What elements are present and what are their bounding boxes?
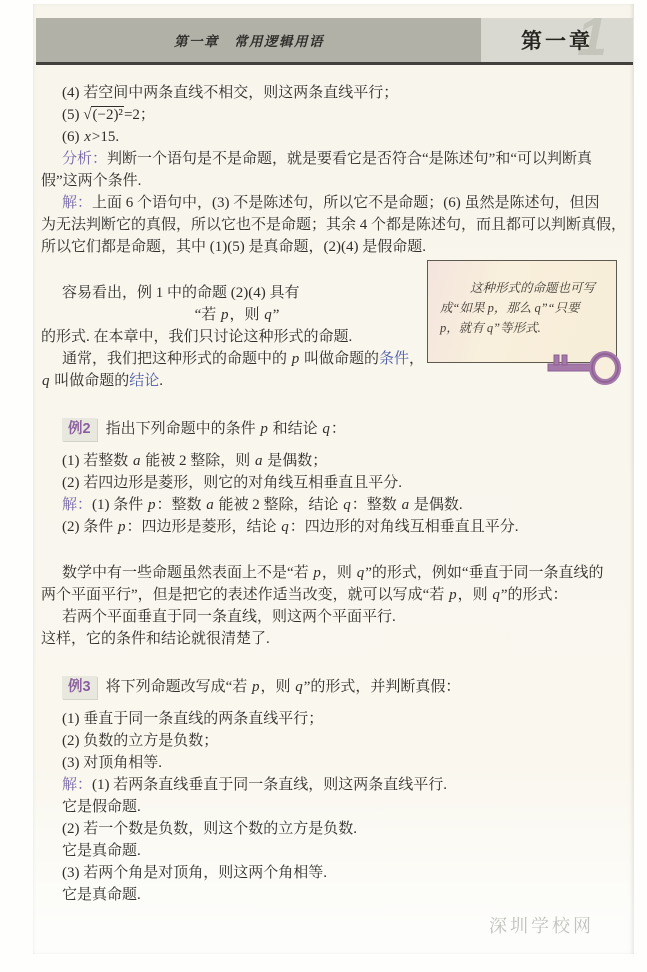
text-segment: 为无法判断它的真假，所以它也不是命题；其余 4 个都是陈述句，而且都可以判断真假…	[41, 217, 626, 233]
text-segment: ”的形式：	[501, 587, 568, 603]
text-segment: ，	[409, 351, 424, 367]
sqrt-expression: √(−2)²	[83, 106, 124, 123]
text-segment: ：整数	[352, 497, 401, 513]
math-var: p	[312, 565, 322, 581]
text-line: 它是真命题.	[41, 884, 629, 906]
text-line: 分析：判断一个语句是不是命题，就是要看它是否符合“是陈述句”和“可以判断真	[41, 148, 629, 170]
text-line: 为无法判断它的真假，所以它也不是命题；其余 4 个都是陈述句，而且都可以判断真假…	[41, 214, 629, 236]
chapter-header-band: 第一章 常用逻辑用语 1 第一章	[36, 18, 633, 65]
text-line: (5) √(−2)²=2；	[41, 104, 629, 126]
text-line: 这样，它的条件和结论就很清楚了.	[41, 628, 629, 650]
text-segment: 它是假命题.	[62, 799, 141, 815]
text-line: (6) x>15.	[41, 126, 629, 148]
text-segment: 这样，它的条件和结论就很清楚了.	[41, 631, 270, 647]
text-segment: (2) 条件	[62, 519, 117, 535]
text-line: (2) 负数的立方是负数；	[41, 730, 629, 752]
text-line: (1) 垂直于同一条直线的两条直线平行；	[41, 708, 629, 730]
math-var: q	[356, 565, 366, 581]
text-segment: (4) 若空间中两条直线不相交，则这两条直线平行；	[62, 85, 398, 101]
text-line: 所以它们都是命题，其中 (1)(5) 是真命题，(2)(4) 是假命题.	[41, 236, 629, 258]
math-var: p	[259, 421, 269, 437]
text-segment: .	[159, 373, 163, 389]
text-segment: 上面 6 个语句中，(3) 不是陈述句，所以它不是命题；(6) 虽然是陈述句，但…	[92, 195, 599, 211]
text-segment: ，则	[322, 565, 356, 581]
text-segment: (1) 条件	[92, 497, 147, 513]
text-segment: 数学中有一些命题虽然表面上不是“若	[62, 565, 312, 581]
text-line: 容易看出，例 1 中的命题 (2)(4) 具有	[41, 282, 433, 304]
note-line: 这种形式的命题也可写	[440, 278, 606, 298]
text-line: 假”这两个条件.	[41, 170, 629, 192]
text-segment: ：四边形是菱形，结论	[127, 519, 281, 535]
math-var: p	[117, 519, 127, 535]
text-line: (4) 若空间中两条直线不相交，则这两条直线平行；	[41, 82, 629, 104]
text-line: q 叫做命题的结论.	[41, 370, 433, 392]
accent-text: 解：	[62, 777, 92, 793]
note-text: 这种形式的命题也可写成“如果 p，那么 q”“只要p，就有 q”等形式.	[440, 278, 606, 338]
text-segment: ：整数	[157, 497, 206, 513]
accent-text: 解：	[62, 195, 92, 211]
block-rewrite: 数学中有一些命题虽然表面上不是“若 p，则 q”的形式，例如“垂直于同一条直线的…	[41, 562, 629, 650]
text-segment: 容易看出，例 1 中的命题 (2)(4) 具有	[62, 285, 299, 301]
math-var: q	[491, 587, 501, 603]
text-segment: 能被 2 整除，结论	[215, 497, 343, 513]
header-chapter-label: 第一章	[521, 25, 593, 55]
text-segment: 若两个平面垂直于同一条直线，则这两个平面平行.	[62, 609, 396, 625]
text-line: 解：上面 6 个语句中，(3) 不是陈述句，所以它不是命题；(6) 虽然是陈述句…	[41, 192, 629, 214]
math-var: p	[448, 587, 458, 603]
text-segment: (6)	[62, 129, 83, 145]
margin-note-box: 这种形式的命题也可写成“如果 p，那么 q”“只要p，就有 q”等形式.	[427, 260, 617, 363]
text-segment: 指出下列命题中的条件	[106, 421, 260, 437]
radicand: (−2)²	[91, 106, 123, 123]
text-segment: (1) 若两条直线垂直于同一条直线，则这两条直线平行.	[92, 777, 447, 793]
key-icon	[546, 344, 622, 388]
note-line: 成“如果 p，那么 q”“只要	[440, 298, 606, 318]
text-line: 的形式. 在本章中，我们只讨论这种形式的命题.	[41, 326, 433, 348]
text-line: (2) 若四边形是菱形，则它的对角线互相垂直且平分.	[41, 472, 629, 494]
term-text: 条件	[379, 351, 409, 367]
text-line: 两个平面平行”，但是把它的表述作适当改变，就可以写成“若 p，则 q”的形式：	[41, 584, 629, 606]
text-segment: 将下列命题改写成“若	[106, 679, 251, 695]
block-example2: 例2指出下列命题中的条件 p 和结论 q：(1) 若整数 a 能被 2 整除，则…	[41, 418, 629, 538]
text-segment: (2) 若一个数是负数，则这个数的立方是负数.	[62, 821, 357, 837]
site-watermark: 深圳学校网	[489, 912, 594, 938]
page-body-text: (4) 若空间中两条直线不相交，则这两条直线平行；(5) √(−2)²=2；(6…	[41, 82, 629, 906]
text-segment: ，则	[261, 679, 295, 695]
textbook-page: 第一章 常用逻辑用语 1 第一章 (4) 若空间中两条直线不相交，则这两条直线平…	[33, 4, 634, 954]
math-var: a	[254, 453, 264, 469]
text-segment: 是偶数；	[264, 453, 328, 469]
text-segment: ：四边形的对角线互相垂直且平分.	[290, 519, 519, 535]
accent-text: 解：	[62, 497, 92, 513]
text-segment: 假”这两个条件.	[41, 173, 141, 189]
math-var: a	[132, 453, 142, 469]
block-form: 容易看出，例 1 中的命题 (2)(4) 具有“若 p，则 q”的形式. 在本章…	[41, 282, 433, 392]
header-chapter-title: 第一章 常用逻辑用语	[174, 18, 324, 62]
math-var: q	[280, 519, 290, 535]
math-var: a	[205, 497, 215, 513]
example-label: 例3	[62, 676, 97, 699]
text-line: 通常，我们把这种形式的命题中的 p 叫做命题的条件，	[41, 348, 433, 370]
math-var: q	[41, 373, 51, 389]
block-intro: (4) 若空间中两条直线不相交，则这两条直线平行；(5) √(−2)²=2；(6…	[41, 82, 629, 258]
text-segment: 它是真命题.	[62, 887, 141, 903]
text-segment: 的形式. 在本章中，我们只讨论这种形式的命题.	[41, 329, 352, 345]
text-line: (3) 对顶角相等.	[41, 752, 629, 774]
text-segment: 通常，我们把这种形式的命题中的	[62, 351, 291, 367]
text-line: 若两个平面垂直于同一条直线，则这两个平面平行.	[41, 606, 629, 628]
text-segment: (3) 若两个角是对顶角，则这两个角相等.	[62, 865, 327, 881]
text-segment: (1) 垂直于同一条直线的两条直线平行；	[62, 711, 323, 727]
text-segment: 所以它们都是命题，其中 (1)(5) 是真命题，(2)(4) 是假命题.	[41, 239, 426, 255]
text-line: 解：(1) 若两条直线垂直于同一条直线，则这两条直线平行.	[41, 774, 629, 796]
text-line: 例3将下列命题改写成“若 p，则 q”的形式，并判断真假：	[41, 676, 629, 699]
text-segment: 是偶数.	[410, 497, 463, 513]
example-label: 例2	[62, 418, 97, 441]
text-segment: (2) 负数的立方是负数；	[62, 733, 218, 749]
text-line: 例2指出下列命题中的条件 p 和结论 q：	[41, 418, 629, 441]
text-line: (1) 若整数 a 能被 2 整除，则 a 是偶数；	[41, 450, 629, 472]
text-line: 解：(1) 条件 p：整数 a 能被 2 整除，结论 q：整数 a 是偶数.	[41, 494, 629, 516]
text-segment: (1) 若整数	[62, 453, 132, 469]
text-line: 它是假命题.	[41, 796, 629, 818]
text-segment: (5)	[62, 107, 83, 123]
text-segment: ：	[331, 421, 346, 437]
text-segment: 能被 2 整除，则	[142, 453, 255, 469]
note-line: p，就有 q”等形式.	[440, 318, 606, 338]
text-segment: ”的形式，例如“垂直于同一条直线的	[365, 565, 603, 581]
term-text: 结论	[129, 373, 159, 389]
text-segment: (3) 对顶角相等.	[62, 755, 162, 771]
text-line: (2) 条件 p：四边形是菱形，结论 q：四边形的对角线互相垂直且平分.	[41, 516, 629, 538]
math-var: a	[401, 497, 411, 513]
text-segment: 两个平面平行”，但是把它的表述作适当改变，就可以写成“若	[41, 587, 448, 603]
header-chapter-tab: 1 第一章	[481, 18, 633, 62]
text-segment: 叫做命题的	[300, 351, 379, 367]
math-var: p	[291, 351, 301, 367]
text-line: 它是真命题.	[41, 840, 629, 862]
text-segment: “若	[195, 307, 220, 323]
text-segment: (2) 若四边形是菱形，则它的对角线互相垂直且平分.	[62, 475, 402, 491]
math-var: q	[294, 679, 304, 695]
text-line: (2) 若一个数是负数，则这个数的立方是负数.	[41, 818, 629, 840]
text-line: (3) 若两个角是对顶角，则这两个角相等.	[41, 862, 629, 884]
text-segment: ，则	[458, 587, 492, 603]
text-line: “若 p，则 q”	[41, 304, 433, 326]
math-var: p	[251, 679, 261, 695]
text-segment: 叫做命题的	[51, 373, 130, 389]
text-segment: >15.	[92, 129, 119, 145]
text-segment: ”	[273, 307, 280, 323]
text-segment: 判断一个语句是不是命题，就是要看它是否符合“是陈述句”和“可以判断真	[107, 151, 592, 167]
math-var: x	[83, 129, 92, 145]
math-var: q	[321, 421, 331, 437]
accent-text: 分析：	[62, 151, 107, 167]
text-segment: =2；	[124, 107, 155, 123]
block-example3: 例3将下列命题改写成“若 p，则 q”的形式，并判断真假：(1) 垂直于同一条直…	[41, 676, 629, 906]
math-var: q	[342, 497, 352, 513]
text-segment: ，则	[229, 307, 263, 323]
math-var: q	[263, 307, 273, 323]
text-segment: 它是真命题.	[62, 843, 141, 859]
text-segment: ”的形式，并判断真假：	[304, 679, 461, 695]
text-segment: 和结论	[269, 421, 322, 437]
math-var: p	[147, 497, 157, 513]
text-line: 数学中有一些命题虽然表面上不是“若 p，则 q”的形式，例如“垂直于同一条直线的	[41, 562, 629, 584]
